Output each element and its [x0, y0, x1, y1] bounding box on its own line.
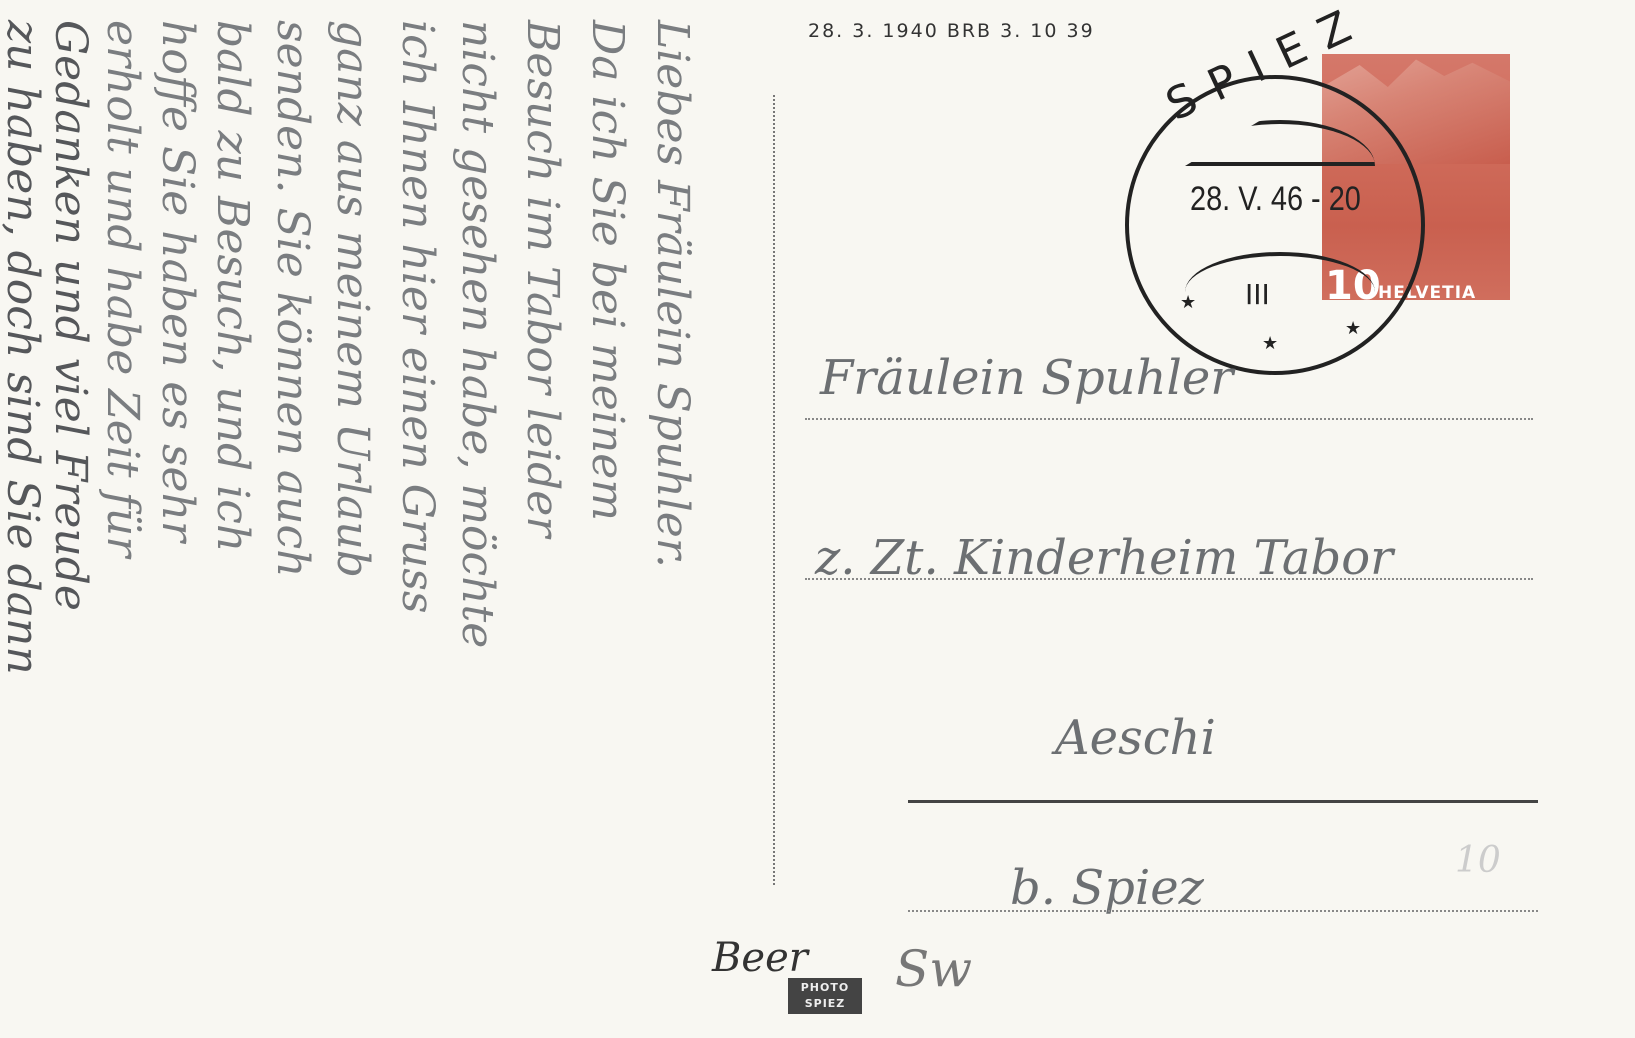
- message-line: senden. Sie können auch: [270, 20, 314, 577]
- publisher-signature: Beer: [712, 935, 808, 981]
- postmark-date: 28. V. 46 - 20: [1190, 180, 1361, 219]
- message-line: Besuch im Tabor leider: [520, 20, 564, 537]
- message-line: bald zu Besuch, und ich: [210, 20, 254, 552]
- star-icon: ★: [1345, 318, 1361, 339]
- publisher-logo-line: SPIEZ: [788, 996, 862, 1012]
- message-line: zu haben, doch sind Sie dann: [0, 20, 44, 675]
- address-rule: [805, 418, 1533, 420]
- star-icon: ★: [1262, 333, 1278, 354]
- star-icon: ★: [1180, 292, 1196, 313]
- message-line: Gedanken und viel Freude: [48, 20, 92, 611]
- postmark-code: III: [1245, 278, 1270, 311]
- postcard-back: zu haben, doch sind Sie dann Gedanken un…: [0, 0, 1635, 1038]
- message-line: erholt und habe Zeit für: [100, 20, 144, 557]
- address-rule: [908, 910, 1538, 912]
- message-line: Liebes Fräulein Spuhler.: [650, 20, 694, 568]
- address-rule: [805, 578, 1533, 580]
- address-line-4: b. Spiez: [1010, 860, 1204, 916]
- message-line: nicht gesehen habe, möchte: [455, 20, 499, 648]
- message-line: ganz aus meinem Urlaub: [330, 20, 374, 578]
- message-line: Da ich Sie bei meinem: [585, 20, 629, 521]
- printed-code: 28. 3. 1940 BRB 3. 10 39: [808, 20, 1095, 42]
- message-line: ich Ihnen hier einen Gruss: [395, 20, 439, 613]
- center-divider: [773, 95, 775, 885]
- handwritten-initials: Sw: [895, 940, 972, 998]
- address-rule-solid: [908, 800, 1538, 803]
- handwritten-message: zu haben, doch sind Sie dann Gedanken un…: [0, 0, 770, 1038]
- publisher-logo: PHOTO SPIEZ: [788, 978, 862, 1014]
- pencil-mark: 10: [1455, 840, 1501, 881]
- message-line: hoffe Sie haben es sehr: [155, 20, 199, 542]
- publisher-logo-line: PHOTO: [788, 980, 862, 996]
- address-line-1: Fräulein Spuhler: [820, 350, 1233, 406]
- address-line-3: Aeschi: [1055, 710, 1216, 766]
